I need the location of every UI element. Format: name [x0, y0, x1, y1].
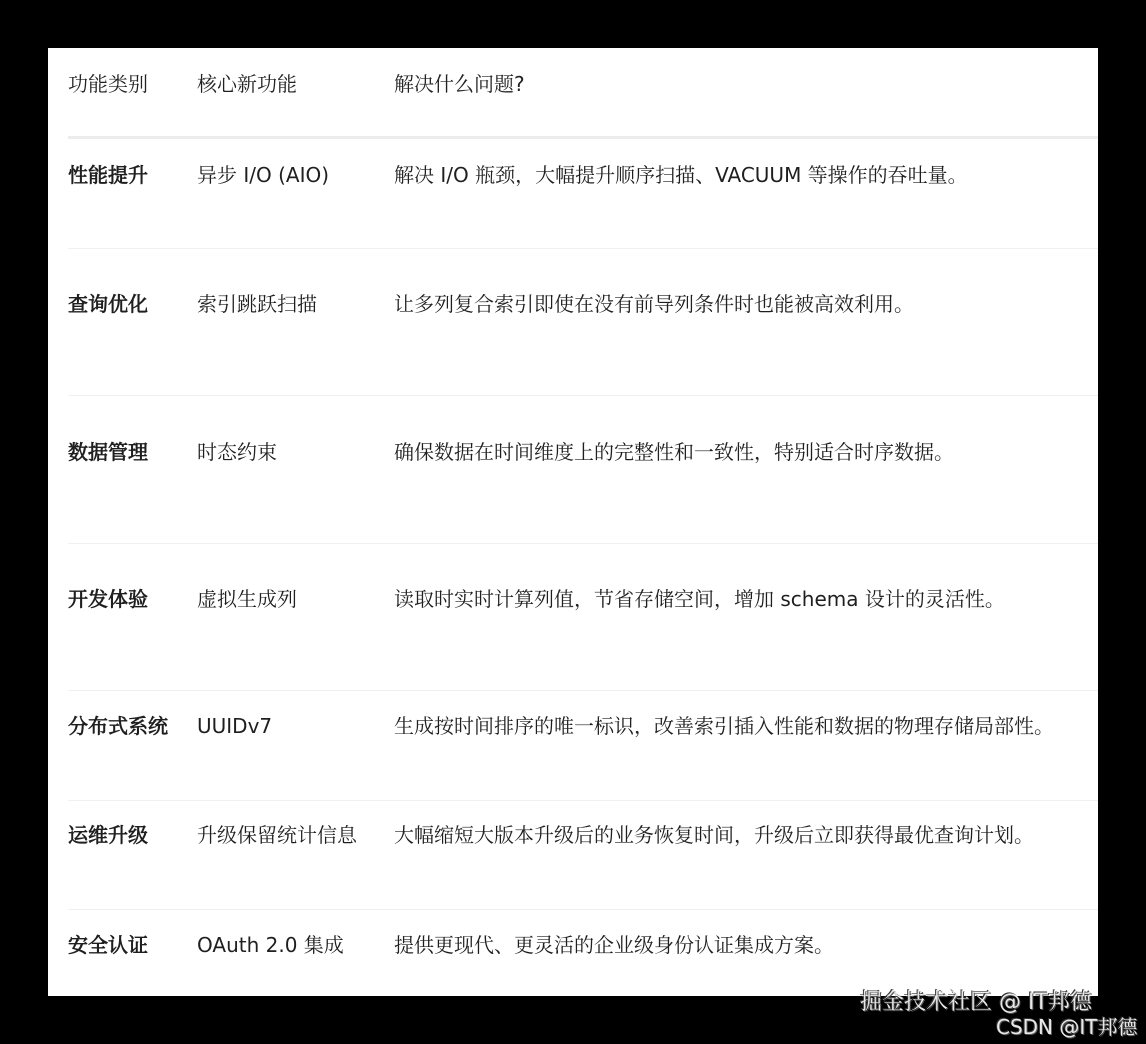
row-feature: 时态约束: [197, 434, 387, 471]
row-divider: [68, 248, 1098, 249]
row-feature: 升级保留统计信息: [197, 817, 387, 854]
row-problem: 解决 I/O 瓶颈，大幅提升顺序扫描、VACUUM 等操作的吞吐量。: [394, 157, 1086, 194]
row-feature: 异步 I/O (AIO): [197, 157, 387, 194]
row-category: 数据管理: [68, 434, 193, 471]
row-category: 性能提升: [68, 157, 193, 194]
row-feature: UUIDv7: [197, 708, 387, 745]
row-divider: [68, 690, 1098, 691]
header-feature: 核心新功能: [197, 66, 387, 103]
row-category: 安全认证: [68, 927, 193, 964]
row-feature: 虚拟生成列: [197, 581, 387, 618]
header-divider: [68, 136, 1098, 139]
header-problem: 解决什么问题?: [394, 66, 1086, 103]
row-divider: [68, 909, 1098, 910]
row-problem: 大幅缩短大版本升级后的业务恢复时间，升级后立即获得最优查询计划。: [394, 817, 1086, 854]
row-divider: [68, 395, 1098, 396]
row-divider: [68, 543, 1098, 544]
row-problem: 让多列复合索引即使在没有前导列条件时也能被高效利用。: [394, 286, 1086, 323]
watermark-csdn: CSDN @IT邦德: [996, 1011, 1138, 1040]
header-category: 功能类别: [68, 66, 193, 103]
row-category: 查询优化: [68, 286, 193, 323]
row-problem: 提供更现代、更灵活的企业级身份认证集成方案。: [394, 927, 1086, 964]
feature-table: 功能类别 核心新功能 解决什么问题? 性能提升 异步 I/O (AIO) 解决 …: [48, 48, 1098, 996]
row-divider: [68, 800, 1098, 801]
row-category: 运维升级: [68, 817, 193, 854]
row-feature: 索引跳跃扫描: [197, 286, 387, 323]
row-problem: 读取时实时计算列值，节省存储空间，增加 schema 设计的灵活性。: [394, 581, 1086, 618]
row-problem: 确保数据在时间维度上的完整性和一致性，特别适合时序数据。: [394, 434, 1086, 471]
row-category: 开发体验: [68, 581, 193, 618]
row-category: 分布式系统: [68, 708, 193, 745]
row-feature: OAuth 2.0 集成: [197, 927, 387, 964]
row-problem: 生成按时间排序的唯一标识，改善索引插入性能和数据的物理存储局部性。: [394, 708, 1086, 745]
